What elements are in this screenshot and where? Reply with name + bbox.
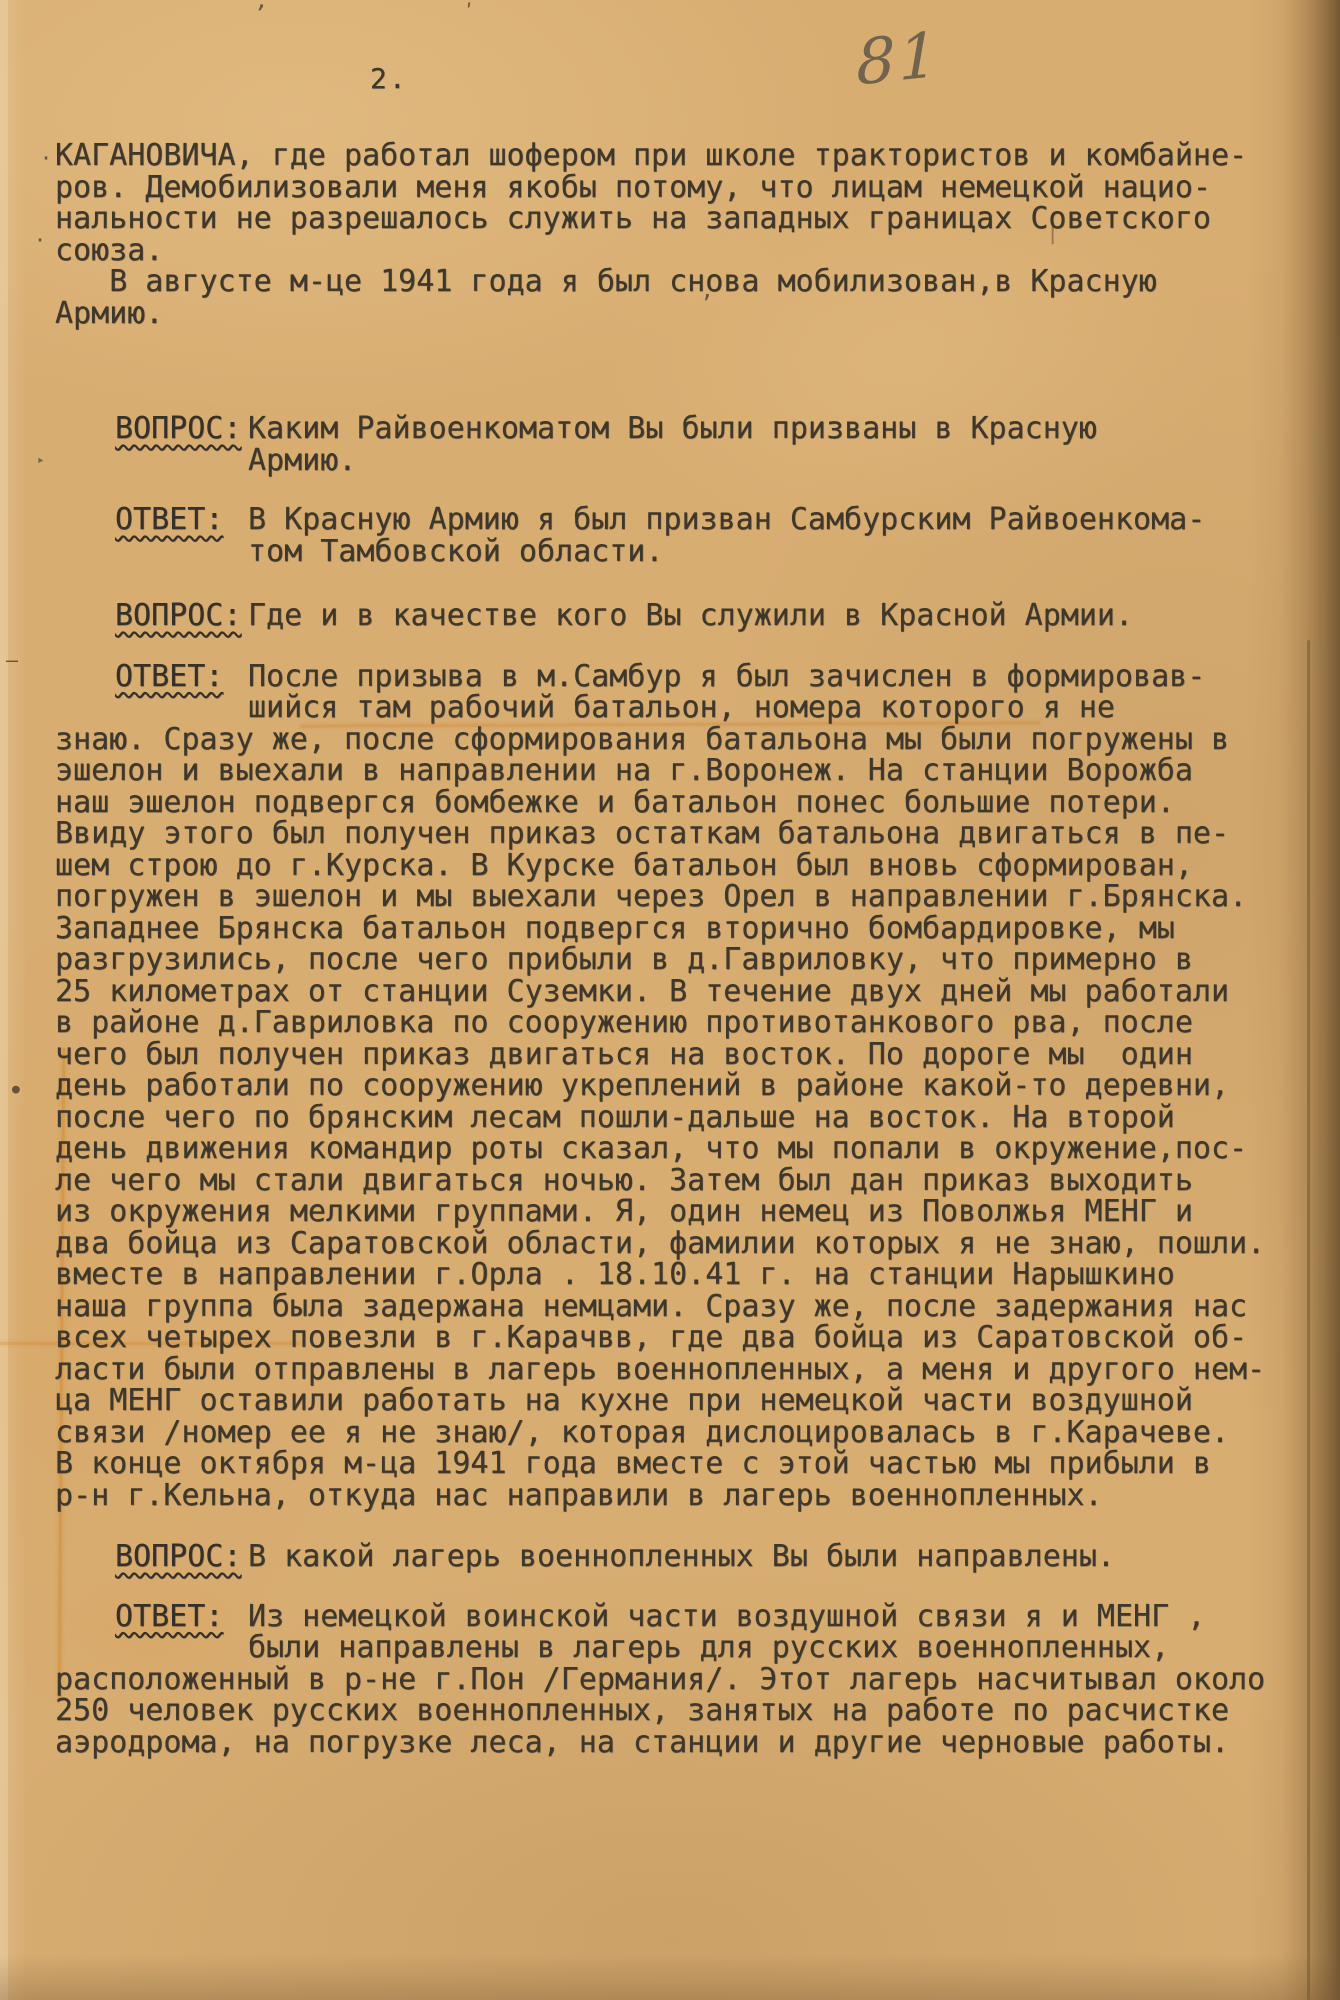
scanned-document-page: ’ ʹ · · | — ● ‣ ’ ’ 2. 81 КАГАНОВИЧА, гд… (0, 0, 1340, 2000)
question-label: ВОПРОС: (115, 413, 248, 476)
answer-continuation: расположенный в р-не г.Пон /Германия/. Э… (55, 1664, 1340, 1759)
answer-row: ОТВЕТ: После призыва в м.Самбур я был за… (115, 661, 1340, 724)
mobilization-paragraph: В августе м-це 1941 года я был снова моб… (55, 266, 1340, 329)
document-body: КАГАНОВИЧА, где работал шофером при школ… (0, 0, 1340, 1758)
answer-text: В Красную Армию я был призван Самбурским… (248, 504, 1340, 567)
page-bottom-shadow (0, 1954, 1340, 2000)
question-label: ВОПРОС: (115, 600, 248, 632)
qa-block-1: ВОПРОС: Каким Райвоенкоматом Вы были при… (55, 413, 1340, 567)
answer-label: ОТВЕТ: (115, 1601, 248, 1664)
answer-label: ОТВЕТ: (115, 504, 248, 567)
qa-block-2: ВОПРОС: Где и в качестве кого Вы служили… (55, 600, 1340, 1511)
question-text: Где и в качестве кого Вы служили в Красн… (248, 600, 1340, 632)
answer-label: ОТВЕТ: (115, 661, 248, 724)
answer-text: После призыва в м.Самбур я был зачислен … (248, 661, 1340, 724)
question-label: ВОПРОС: (115, 1541, 248, 1573)
intro-paragraph: КАГАНОВИЧА, где работал шофером при школ… (55, 140, 1340, 266)
answer-row: ОТВЕТ: Из немецкой воинской части воздуш… (115, 1601, 1340, 1664)
question-row: ВОПРОС: Каким Райвоенкоматом Вы были при… (115, 413, 1340, 476)
question-text: В какой лагерь военнопленных Вы были нап… (248, 1541, 1340, 1573)
answer-row: ОТВЕТ: В Красную Армию я был призван Сам… (115, 504, 1340, 567)
qa-block-3: ВОПРОС: В какой лагерь военнопленных Вы … (55, 1541, 1340, 1758)
answer-text: Из немецкой воинской части воздушной свя… (248, 1601, 1340, 1664)
answer-continuation: знаю. Сразу же, после сформирования бата… (55, 724, 1340, 1512)
question-row: ВОПРОС: Где и в качестве кого Вы служили… (115, 600, 1340, 632)
question-text: Каким Райвоенкоматом Вы были призваны в … (248, 413, 1340, 476)
question-row: ВОПРОС: В какой лагерь военнопленных Вы … (115, 1541, 1340, 1573)
